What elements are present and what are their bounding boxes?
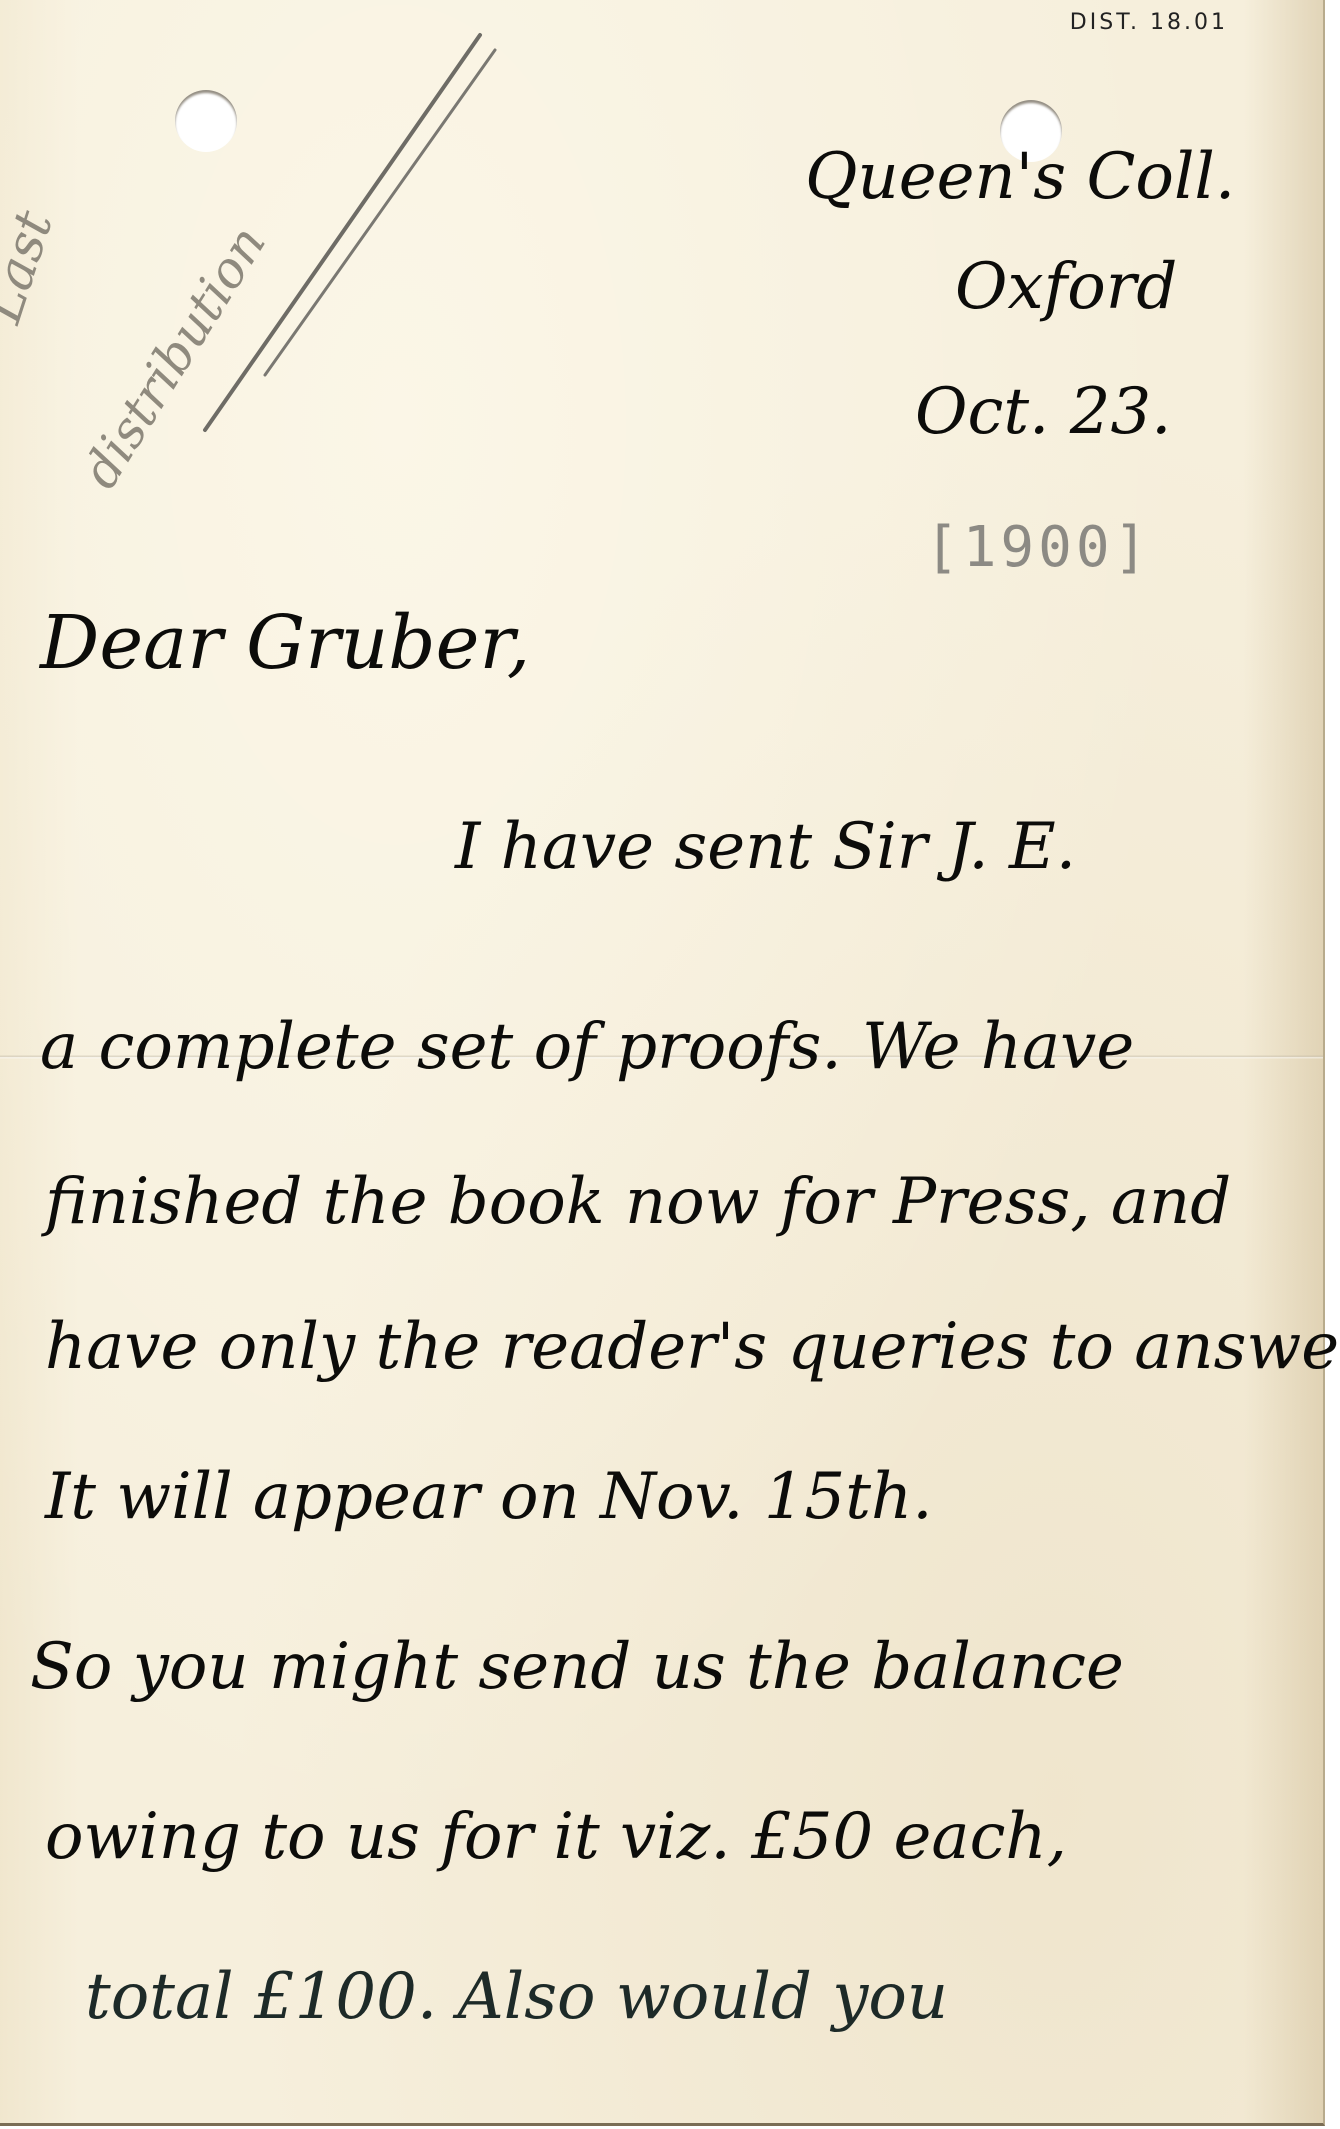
body-line: I have sent Sir J. E. [455,810,1076,884]
address-college: Queen's Coll. [805,140,1235,214]
body-line: total £100. Also would you [85,1960,948,2034]
address-city: Oxford [955,250,1177,324]
body-line: a complete set of proofs. We have [40,1010,1134,1084]
archive-code: DIST. 18.01 [1070,10,1228,35]
body-line: It will appear on Nov. 15th. [45,1460,933,1534]
body-line: So you might send us the balance [30,1630,1124,1704]
editorial-year: [1900] [925,515,1151,580]
salutation: Dear Gruber, [40,600,530,686]
body-line: finished the book now for Press, and [45,1165,1231,1239]
body-line: have only the reader's queries to answer… [45,1310,1340,1384]
letter-date: Oct. 23. [915,375,1172,449]
pencil-double-slash-icon [200,30,500,450]
body-line: owing to us for it viz. £50 each, [45,1800,1067,1874]
letter-page: DIST. 18.01 Last distribution Queen's Co… [0,0,1325,2126]
pencil-annotation-last: Last [0,204,65,330]
